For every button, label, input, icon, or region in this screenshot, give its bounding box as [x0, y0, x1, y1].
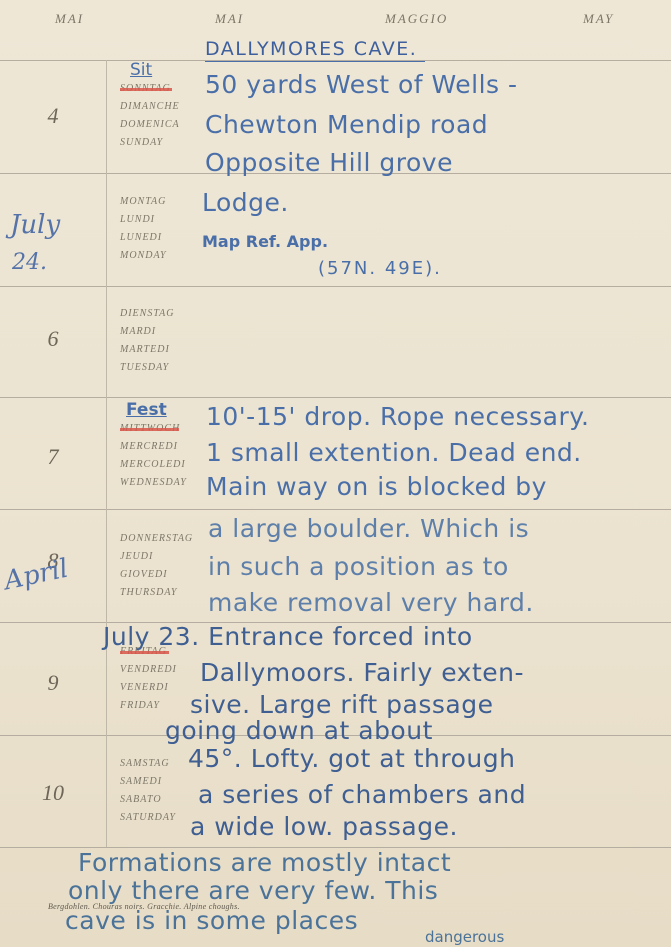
- day-names: SAMSTAG SAMEDI SABATO SATURDAY: [120, 755, 176, 827]
- margin-note-day: 24.: [12, 250, 47, 275]
- day-name-english: SUNDAY: [120, 134, 180, 152]
- note-line: a wide low. passage.: [190, 812, 458, 841]
- note-line: a large boulder. Which is: [208, 514, 529, 543]
- day-name-french: VENDREDI: [120, 661, 177, 679]
- day-names: FREITAG VENDREDI VENERDI FRIDAY: [120, 643, 177, 715]
- day-name-italian: MERCOLEDI: [120, 456, 187, 474]
- column-divider: [106, 60, 107, 847]
- note-line: only there are very few. This: [68, 876, 438, 905]
- day-number: 9: [0, 670, 106, 696]
- day-name-english: TUESDAY: [120, 359, 174, 377]
- day-names: DIENSTAG MARDI MARTEDI TUESDAY: [120, 305, 174, 377]
- day-name-italian: GIOVEDI: [120, 566, 193, 584]
- day-name-french: SAMEDI: [120, 773, 176, 791]
- day-name-german: DONNERSTAG: [120, 530, 193, 548]
- day-name-french: MERCREDI: [120, 438, 187, 456]
- note-line: Lodge.: [202, 188, 289, 217]
- day-name-german: MONTAG: [120, 193, 167, 211]
- day-name-german: SONNTAG: [120, 80, 180, 98]
- note-line: Opposite Hill grove: [205, 148, 453, 177]
- row-divider: [0, 509, 671, 510]
- day-name-italian: DOMENICA: [120, 116, 180, 134]
- day-names: MONTAG LUNDI LUNEDI MONDAY: [120, 193, 167, 265]
- note-line: make removal very hard.: [208, 588, 534, 617]
- note-line: a series of chambers and: [198, 780, 526, 809]
- day-names: DONNERSTAG JEUDI GIOVEDI THURSDAY: [120, 530, 193, 602]
- day-name-italian: VENERDI: [120, 679, 177, 697]
- cave-title: DALLYMORES CAVE.: [205, 38, 425, 62]
- month-header-italian: MAGGIO: [385, 11, 448, 27]
- month-header-english: MAY: [583, 11, 614, 27]
- note-line: Main way on is blocked by: [206, 472, 547, 501]
- day-number: 10: [0, 780, 106, 806]
- day-name-english: WEDNESDAY: [120, 474, 187, 492]
- day-name-english: SATURDAY: [120, 809, 176, 827]
- day-name-english: FRIDAY: [120, 697, 177, 715]
- printed-caption: Bergdohlen. Chouras noirs. Gracchie. Alp…: [48, 902, 240, 911]
- day-name-italian: SABATO: [120, 791, 176, 809]
- month-header-german: MAI: [55, 11, 84, 27]
- day-names: SONNTAG DIMANCHE DOMENICA SUNDAY: [120, 80, 180, 152]
- note-line: July 23. Entrance forced into: [103, 622, 473, 651]
- map-ref-value: (57N. 49E).: [318, 258, 442, 279]
- day-names: MITTWOCH MERCREDI MERCOLEDI WEDNESDAY: [120, 420, 187, 492]
- day-name-french: MARDI: [120, 323, 174, 341]
- day-name-english: THURSDAY: [120, 584, 193, 602]
- note-line: 45°. Lofty. got at through: [188, 744, 516, 773]
- row-divider: [0, 286, 671, 287]
- day-number: 4: [0, 103, 106, 129]
- map-ref-label: Map Ref. App.: [202, 232, 328, 251]
- note-last-word: dangerous: [425, 928, 504, 946]
- note-line: 50 yards West of Wells -: [205, 70, 518, 99]
- day-name-german: DIENSTAG: [120, 305, 174, 323]
- day-name-french: DIMANCHE: [120, 98, 180, 116]
- day-name-german: MITTWOCH: [120, 420, 187, 438]
- day-name-italian: MARTEDI: [120, 341, 174, 359]
- day-number: 7: [0, 444, 106, 470]
- day-name-italian: LUNEDI: [120, 229, 167, 247]
- day-correction: Sit: [130, 60, 152, 80]
- note-line: Formations are mostly intact: [78, 848, 451, 877]
- note-line: Dallymoors. Fairly exten-: [200, 658, 524, 687]
- margin-note-month: July: [10, 210, 60, 240]
- note-line: 1 small extention. Dead end.: [206, 438, 582, 467]
- note-line: sive. Large rift passage: [190, 690, 493, 719]
- diary-page: MAI MAI MAGGIO MAY DALLYMORES CAVE. 4 SO…: [0, 0, 671, 947]
- note-line: going down at about: [165, 716, 433, 745]
- day-name-french: JEUDI: [120, 548, 193, 566]
- note-line: in such a position as to: [208, 552, 509, 581]
- day-name-french: LUNDI: [120, 211, 167, 229]
- row-divider: [0, 60, 671, 61]
- note-line: Chewton Mendip road: [205, 110, 488, 139]
- day-name-english: MONDAY: [120, 247, 167, 265]
- day-correction: Fest: [126, 400, 167, 420]
- note-line: 10'-15' drop. Rope necessary.: [206, 402, 589, 431]
- row-divider: [0, 397, 671, 398]
- month-header-french: MAI: [215, 11, 244, 27]
- day-number: 6: [0, 326, 106, 352]
- day-name-german: SAMSTAG: [120, 755, 176, 773]
